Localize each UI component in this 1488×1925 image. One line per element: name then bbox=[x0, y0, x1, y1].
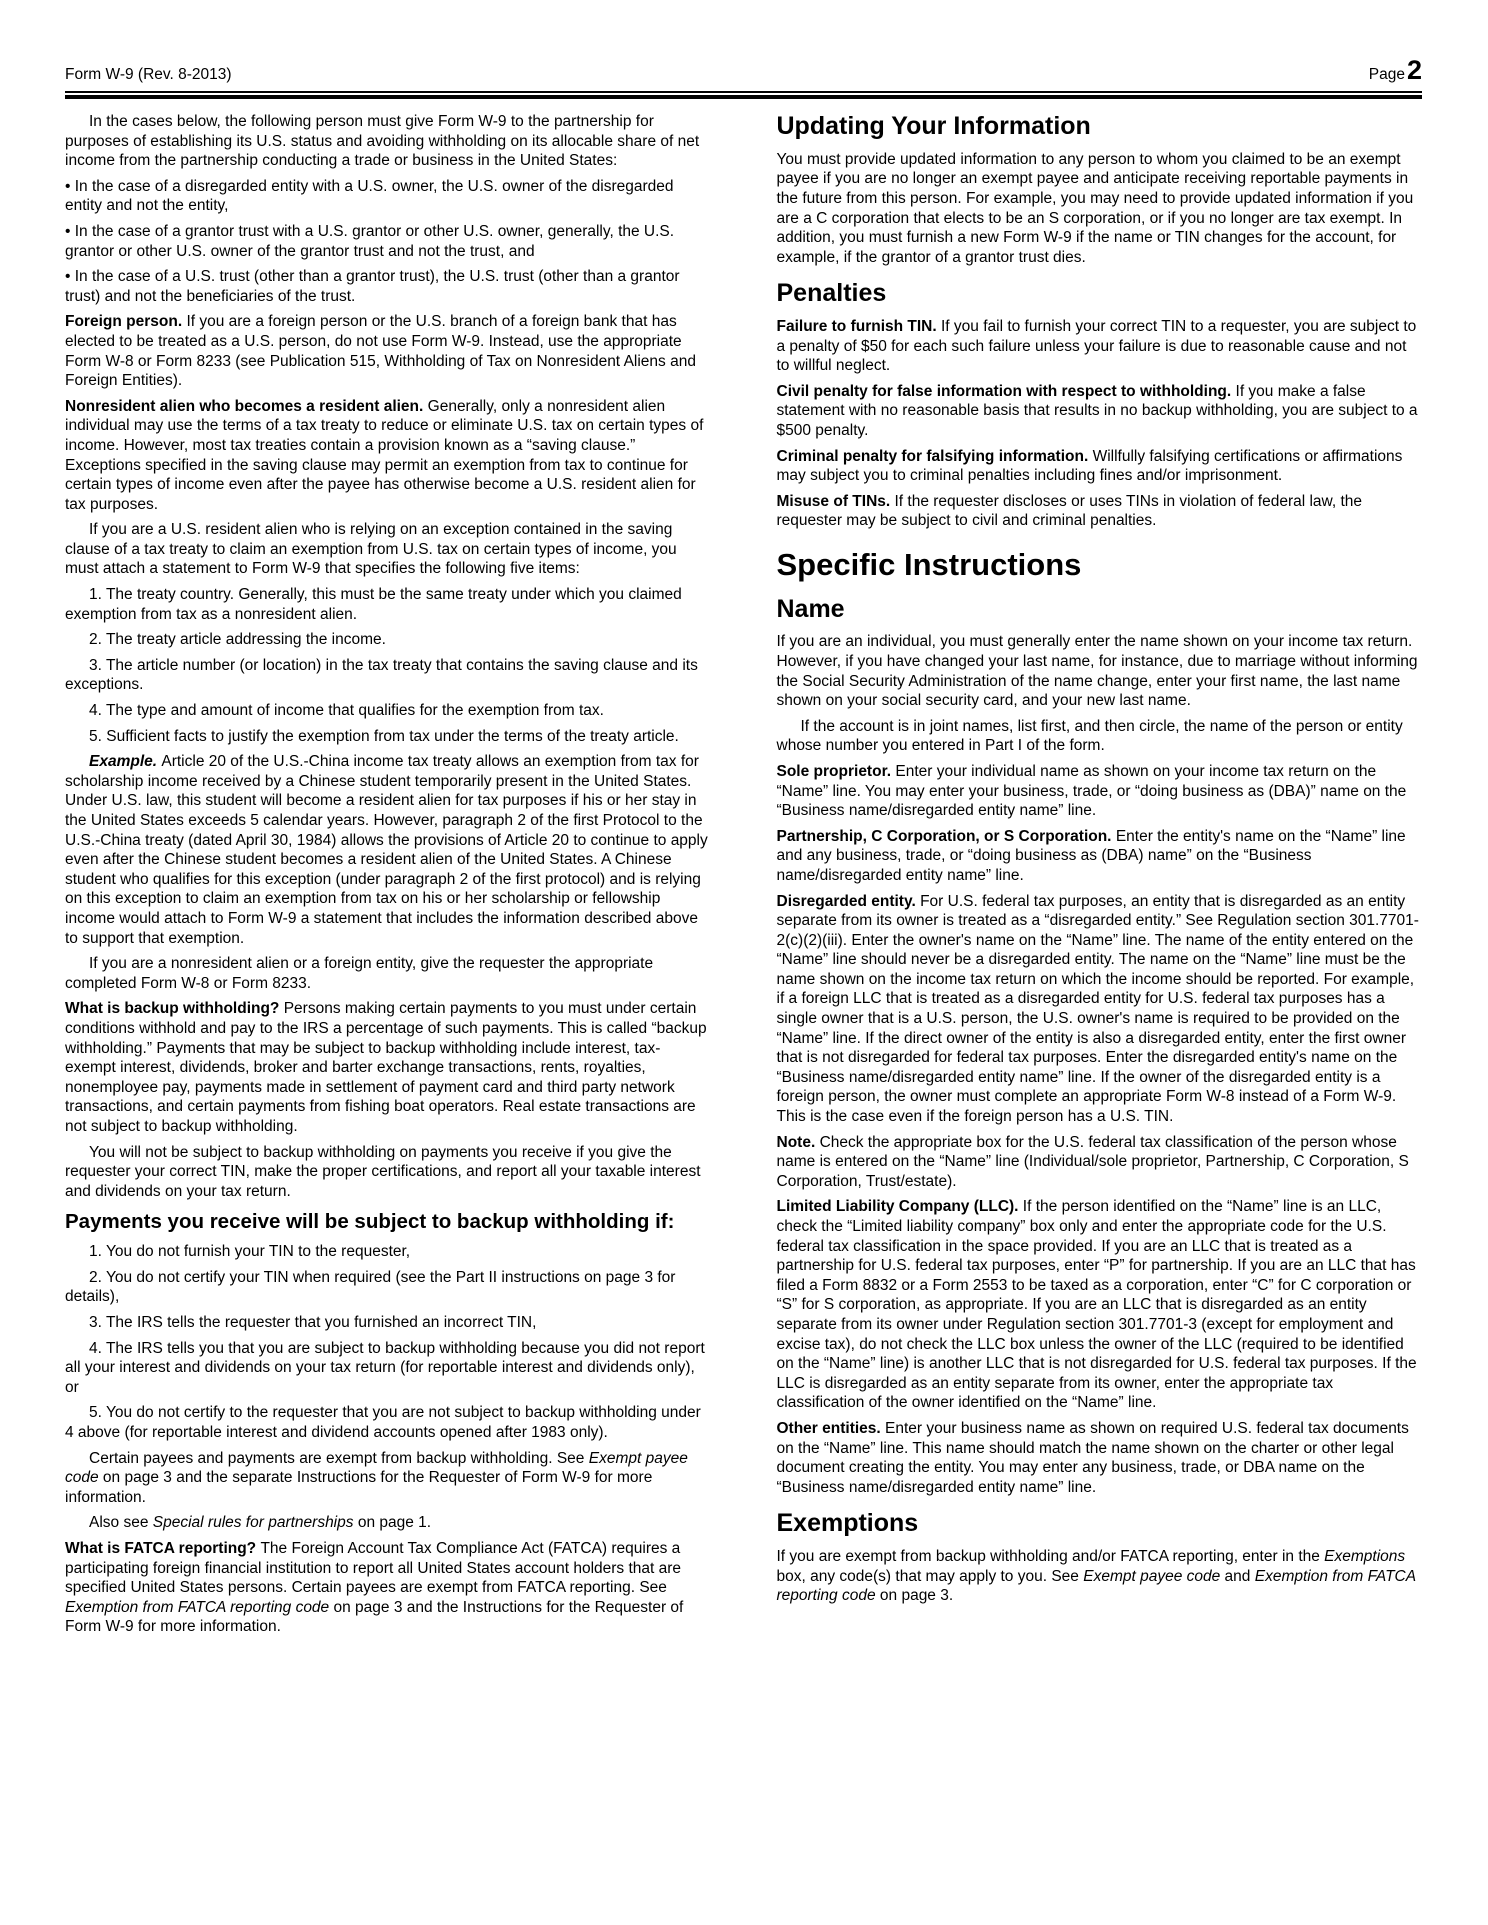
para-exemptions: If you are exempt from backup withholdin… bbox=[777, 1547, 1423, 1606]
para-note-check-box: Note. Check the appropriate box for the … bbox=[777, 1133, 1423, 1192]
text-run: Civil penalty for false information with… bbox=[777, 383, 1236, 400]
text-run: If you are an individual, you must gener… bbox=[777, 633, 1418, 709]
heading-payments-subject: Payments you receive will be subject to … bbox=[65, 1209, 711, 1234]
backup-item-2: 2. You do not certify your TIN when requ… bbox=[65, 1268, 711, 1307]
text-run: Article 20 of the U.S.-China income tax … bbox=[65, 753, 708, 946]
heading-exemptions: Exemptions bbox=[777, 1509, 1423, 1538]
text-run: 3. The article number (or location) in t… bbox=[65, 657, 698, 694]
text-run: • In the case of a grantor trust with a … bbox=[65, 223, 674, 260]
bullet-us-trust: • In the case of a U.S. trust (other tha… bbox=[65, 267, 711, 306]
text-run: Criminal penalty for falsifying informat… bbox=[777, 448, 1093, 465]
text-run: You will not be subject to backup withho… bbox=[65, 1144, 701, 1200]
para-other-entities: Other entities. Enter your business name… bbox=[777, 1419, 1423, 1497]
text-run: What is backup withholding? bbox=[65, 1000, 284, 1017]
text-run: Certain payees and payments are exempt f… bbox=[89, 1450, 589, 1467]
text-run: Example. bbox=[89, 753, 161, 770]
text-run: • In the case of a U.S. trust (other tha… bbox=[65, 268, 680, 305]
form-id: Form W-9 (Rev. 8-2013) bbox=[65, 66, 232, 84]
para-updating: You must provide updated information to … bbox=[777, 150, 1423, 268]
backup-item-4: 4. The IRS tells you that you are subjec… bbox=[65, 1339, 711, 1398]
text-run: 5. You do not certify to the requester t… bbox=[65, 1404, 701, 1441]
para-example: Example. Article 20 of the U.S.-China in… bbox=[65, 752, 711, 948]
para-sole-proprietor: Sole proprietor. Enter your individual n… bbox=[777, 762, 1423, 821]
right-column: Updating Your InformationYou must provid… bbox=[777, 112, 1423, 1643]
page-indicator: Page 2 bbox=[1369, 57, 1422, 84]
para-what-is-fatca: What is FATCA reporting? The Foreign Acc… bbox=[65, 1539, 711, 1637]
text-run: and bbox=[1220, 1568, 1254, 1585]
text-run: Persons making certain payments to you m… bbox=[65, 1000, 707, 1135]
backup-item-5: 5. You do not certify to the requester t… bbox=[65, 1403, 711, 1442]
text-run: 3. The IRS tells the requester that you … bbox=[89, 1314, 536, 1331]
two-column-body: In the cases below, the following person… bbox=[65, 99, 1422, 1643]
text-run: on page 3. bbox=[876, 1587, 954, 1604]
para-failure-to-furnish: Failure to furnish TIN. If you fail to f… bbox=[777, 317, 1423, 376]
text-run: Misuse of TINs. bbox=[777, 493, 895, 510]
left-column: In the cases below, the following person… bbox=[65, 112, 711, 1643]
bullet-grantor-trust: • In the case of a grantor trust with a … bbox=[65, 222, 711, 261]
text-run: Exemptions bbox=[1324, 1548, 1405, 1565]
text-run: 1. You do not furnish your TIN to the re… bbox=[89, 1243, 410, 1260]
text-run: Exempt payee code bbox=[1083, 1568, 1220, 1585]
text-run: For U.S. federal tax purposes, an entity… bbox=[777, 893, 1419, 1126]
para-nonresident-alien: Nonresident alien who becomes a resident… bbox=[65, 397, 711, 515]
heading-specific-instructions: Specific Instructions bbox=[777, 547, 1423, 583]
text-run: Partnership, C Corporation, or S Corpora… bbox=[777, 828, 1116, 845]
text-run: Limited Liability Company (LLC). bbox=[777, 1198, 1023, 1215]
text-run: Also see bbox=[89, 1514, 153, 1531]
para-what-is-backup-withholding: What is backup withholding? Persons maki… bbox=[65, 999, 711, 1136]
heading-penalties: Penalties bbox=[777, 279, 1423, 308]
para-cases-below: In the cases below, the following person… bbox=[65, 112, 711, 171]
list-item-4: 4. The type and amount of income that qu… bbox=[65, 701, 711, 721]
text-run: 1. The treaty country. Generally, this m… bbox=[65, 586, 682, 623]
text-run: In the cases below, the following person… bbox=[65, 113, 699, 169]
text-run: 2. The treaty article addressing the inc… bbox=[89, 631, 386, 648]
backup-item-1: 1. You do not furnish your TIN to the re… bbox=[65, 1242, 711, 1262]
text-run: box, any code(s) that may apply to you. … bbox=[777, 1568, 1084, 1585]
list-item-3: 3. The article number (or location) in t… bbox=[65, 656, 711, 695]
text-run: on page 3 and the separate Instructions … bbox=[65, 1469, 652, 1506]
para-joint-names: If the account is in joint names, list f… bbox=[777, 717, 1423, 756]
para-also-see: Also see Special rules for partnerships … bbox=[65, 1513, 711, 1533]
text-run: What is FATCA reporting? bbox=[65, 1540, 260, 1557]
text-run: Foreign person. bbox=[65, 313, 186, 330]
para-llc: Limited Liability Company (LLC). If the … bbox=[777, 1197, 1423, 1413]
heading-updating-your-information: Updating Your Information bbox=[777, 112, 1423, 141]
text-run: 4. The type and amount of income that qu… bbox=[89, 702, 604, 719]
w9-page-2: Form W-9 (Rev. 8-2013) Page 2 In the cas… bbox=[0, 0, 1488, 1925]
page-header: Form W-9 (Rev. 8-2013) Page 2 bbox=[65, 0, 1422, 91]
text-run: If the person identified on the “Name” l… bbox=[777, 1198, 1417, 1411]
para-civil-penalty: Civil penalty for false information with… bbox=[777, 382, 1423, 441]
text-run: on page 1. bbox=[354, 1514, 432, 1531]
text-run: Note. bbox=[777, 1134, 820, 1151]
backup-item-3: 3. The IRS tells the requester that you … bbox=[65, 1313, 711, 1333]
para-partnership-corp: Partnership, C Corporation, or S Corpora… bbox=[777, 827, 1423, 886]
text-run: If you are a nonresident alien or a fore… bbox=[65, 955, 653, 992]
list-item-5: 5. Sufficient facts to justify the exemp… bbox=[65, 727, 711, 747]
text-run: • In the case of a disregarded entity wi… bbox=[65, 178, 674, 215]
para-criminal-penalty: Criminal penalty for falsifying informat… bbox=[777, 447, 1423, 486]
text-run: 4. The IRS tells you that you are subjec… bbox=[65, 1340, 705, 1396]
list-item-1: 1. The treaty country. Generally, this m… bbox=[65, 585, 711, 624]
text-run: If the account is in joint names, list f… bbox=[777, 718, 1403, 755]
para-saving-clause: If you are a U.S. resident alien who is … bbox=[65, 520, 711, 579]
para-certain-payees: Certain payees and payments are exempt f… bbox=[65, 1449, 711, 1508]
text-run: Exemption from FATCA reporting code bbox=[65, 1599, 329, 1616]
text-run: Sole proprietor. bbox=[777, 763, 896, 780]
text-run: 5. Sufficient facts to justify the exemp… bbox=[89, 728, 679, 745]
text-run: Failure to furnish TIN. bbox=[777, 318, 941, 335]
para-nonresident-give-w8: If you are a nonresident alien or a fore… bbox=[65, 954, 711, 993]
list-item-2: 2. The treaty article addressing the inc… bbox=[65, 630, 711, 650]
text-run: Other entities. bbox=[777, 1420, 886, 1437]
para-name-individual: If you are an individual, you must gener… bbox=[777, 632, 1423, 710]
bullet-disregarded-entity: • In the case of a disregarded entity wi… bbox=[65, 177, 711, 216]
text-run: You must provide updated information to … bbox=[777, 151, 1414, 266]
text-run: If you are a U.S. resident alien who is … bbox=[65, 521, 677, 577]
page-number: 2 bbox=[1407, 57, 1422, 84]
text-run: Disregarded entity. bbox=[777, 893, 921, 910]
text-run: If you are exempt from backup withholdin… bbox=[777, 1548, 1325, 1565]
para-not-subject: You will not be subject to backup withho… bbox=[65, 1143, 711, 1202]
heading-name: Name bbox=[777, 595, 1423, 624]
text-run: 2. You do not certify your TIN when requ… bbox=[65, 1269, 675, 1306]
page-word: Page bbox=[1369, 66, 1405, 84]
para-foreign-person: Foreign person. If you are a foreign per… bbox=[65, 312, 711, 390]
text-run: Check the appropriate box for the U.S. f… bbox=[777, 1134, 1409, 1190]
text-run: Special rules for partnerships bbox=[153, 1514, 354, 1531]
para-misuse-of-tins: Misuse of TINs. If the requester disclos… bbox=[777, 492, 1423, 531]
para-disregarded-entity: Disregarded entity. For U.S. federal tax… bbox=[777, 892, 1423, 1127]
text-run: Nonresident alien who becomes a resident… bbox=[65, 398, 428, 415]
